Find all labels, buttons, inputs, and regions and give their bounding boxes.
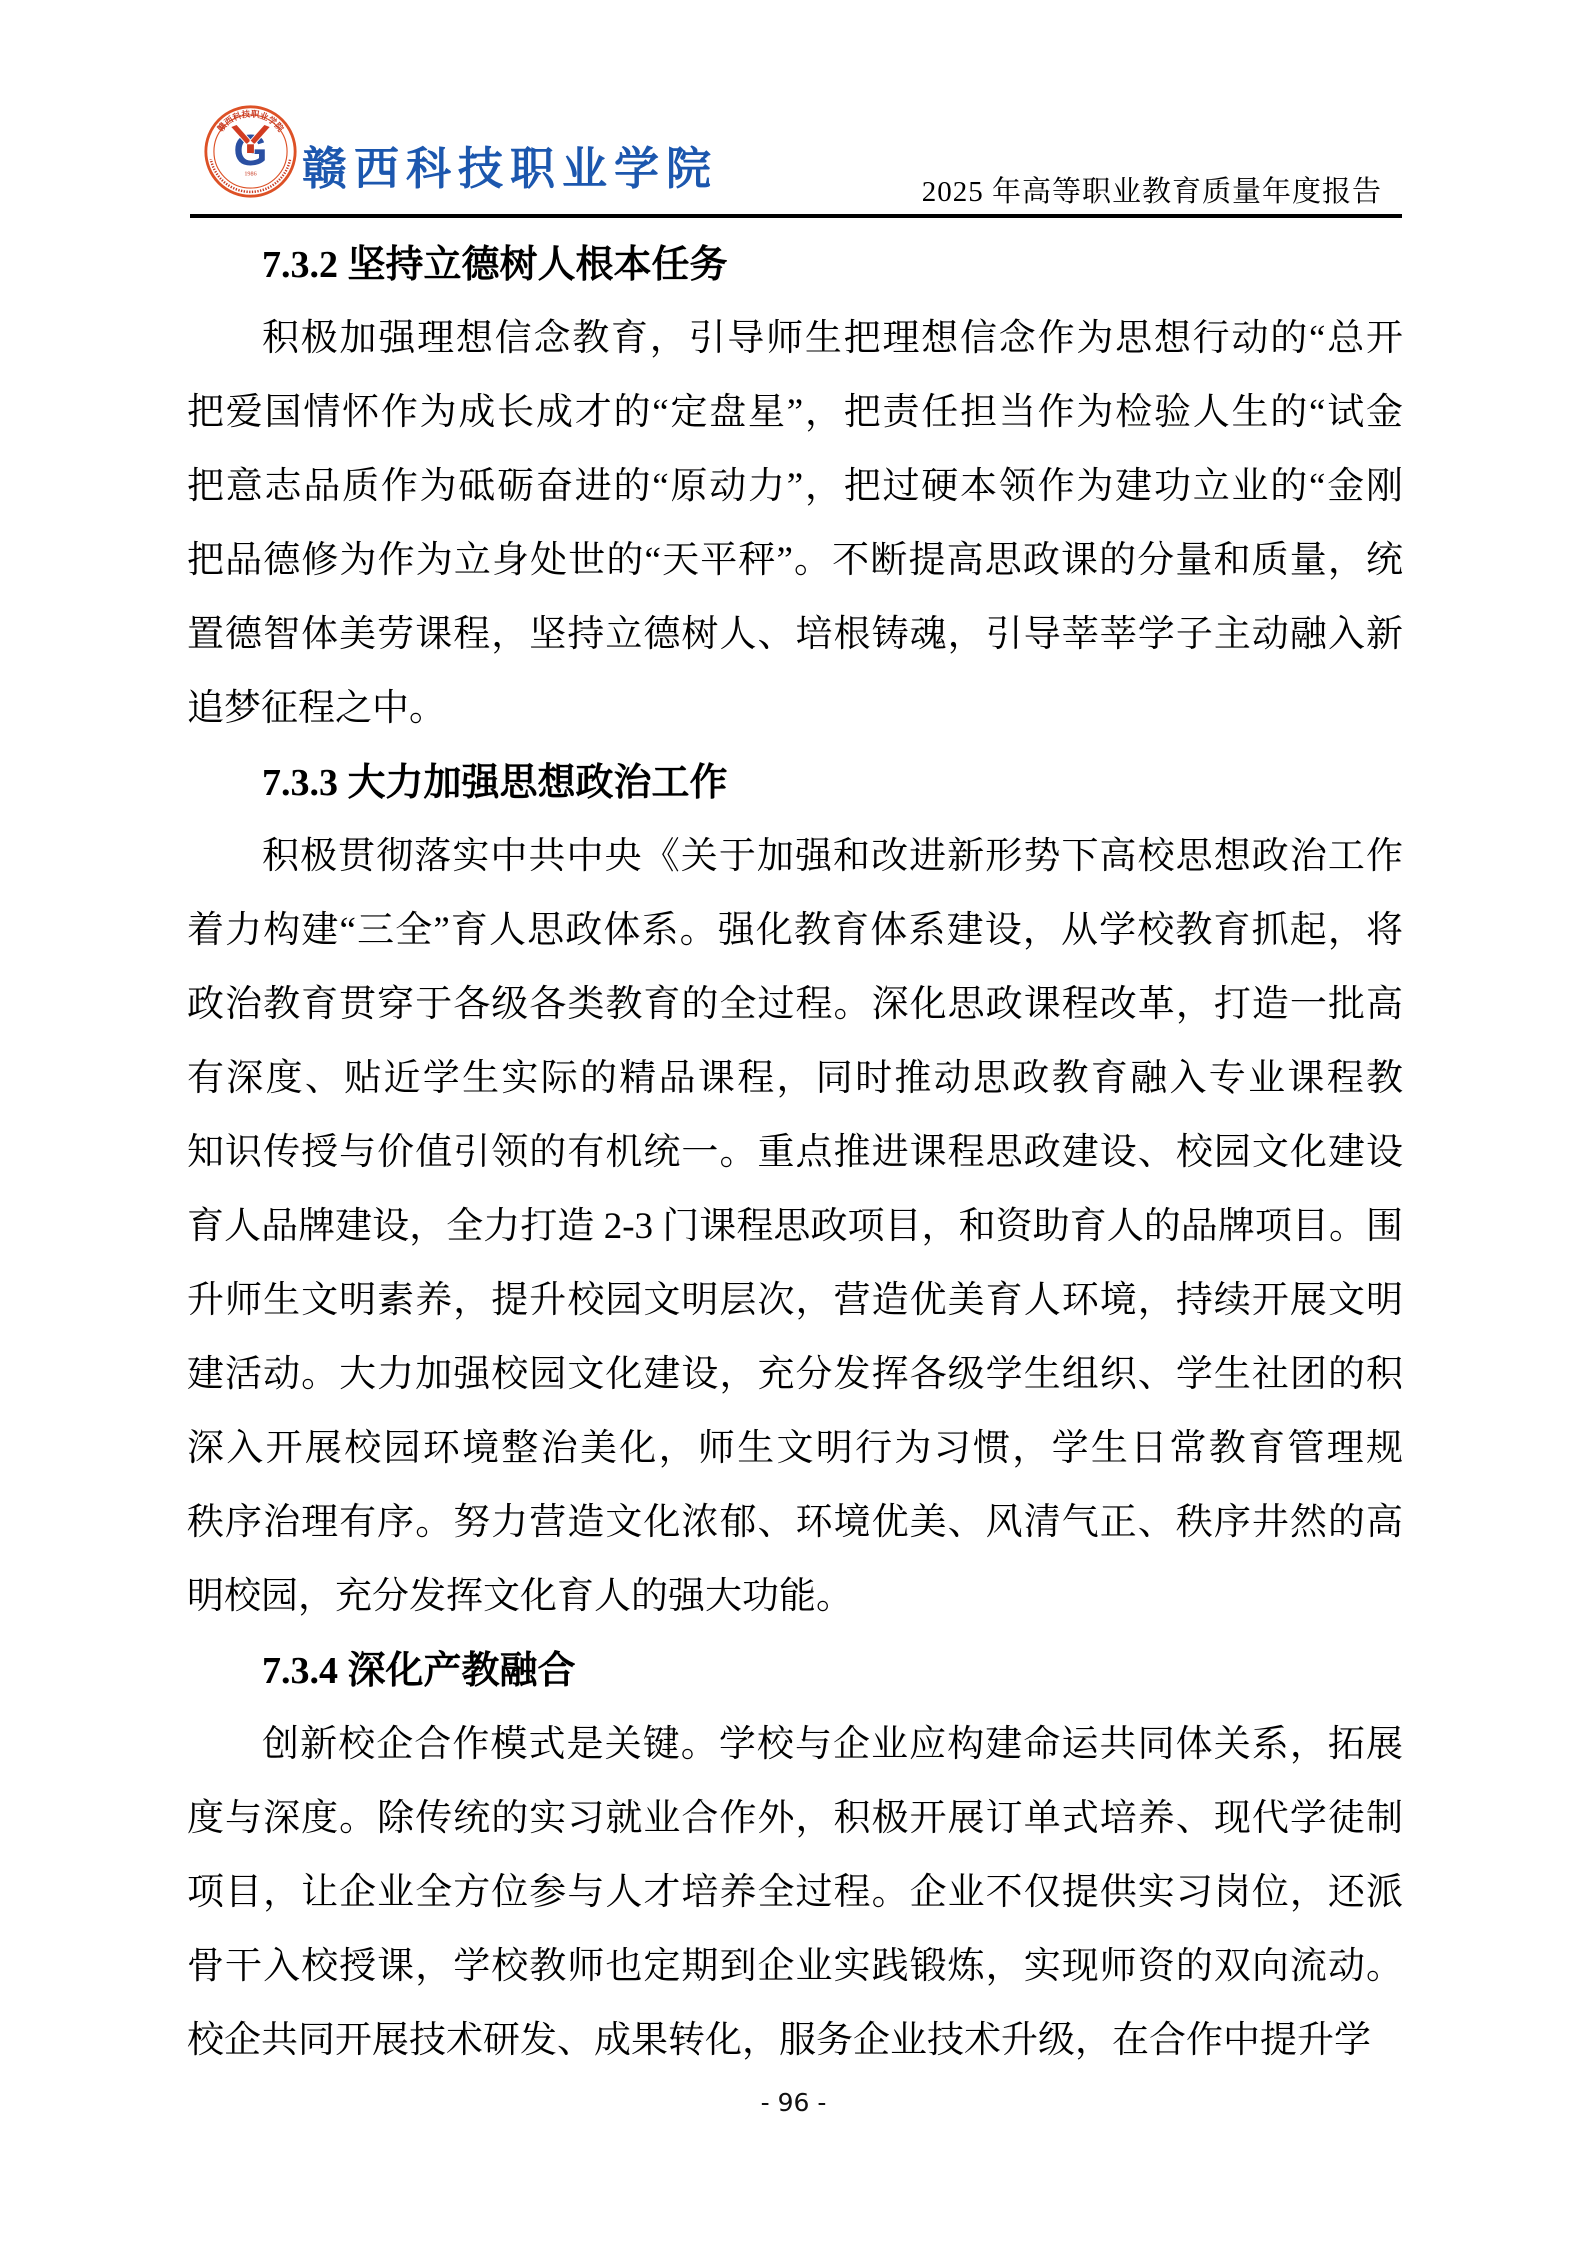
body-line: 深入开展校园环境整治美化，师生文明行为习惯，学生日常教育管理规范，校园 — [187, 1412, 1403, 1486]
body-line: 明校园，充分发挥文化育人的强大功能。 — [187, 1560, 1403, 1634]
body-line: 升师生文明素养，提升校园文明层次，营造优美育人环境，持续开展文明校园创 — [187, 1264, 1403, 1338]
section-heading: 7.3.2 坚持立德树人根本任务 — [187, 228, 1403, 302]
body-line: 骨干入校授课，学校教师也定期到企业实践锻炼，实现师资的双向流动。同时， — [187, 1930, 1403, 2004]
body-line: 把品德修为作为立身处世的“天平秤”。不断提高思政课的分量和质量，统筹设 — [187, 524, 1403, 598]
college-seal-logo: 赣西科技职业学院 G 1986 — [203, 104, 298, 199]
seal-pendant — [247, 144, 255, 154]
body-line: 知识传授与价值引领的有机统一。重点推进课程思政建设、校园文化建设和资助 — [187, 1116, 1403, 1190]
body-line: 政治教育贯穿于各级各类教育的全过程。深化思政课程改革，打造一批高质量、 — [187, 968, 1403, 1042]
body-line: 把意志品质作为砥砺奋进的“原动力”，把过硬本领作为建功立业的“金刚钻”， — [187, 450, 1403, 524]
document-page: 赣西科技职业学院 G 1986 赣西科技职业学院 2025 年高等职业教育质量年… — [0, 0, 1587, 2245]
body-line: 有深度、贴近学生实际的精品课程，同时推动思政教育融入专业课程教学，实现 — [187, 1042, 1403, 1116]
body-line: 项目，让企业全方位参与人才培养全过程。企业不仅提供实习岗位，还派遣技术 — [187, 1856, 1403, 1930]
seal-founded-year: 1986 — [244, 172, 256, 178]
page-number: - 96 - — [761, 2088, 827, 2117]
body-line: 积极贯彻落实中共中央《关于加强和改进新形势下高校思想政治工作的意见》， — [187, 820, 1403, 894]
section-heading: 7.3.4 深化产教融合 — [187, 1634, 1403, 1708]
body-line: 度与深度。除传统的实习就业合作外，积极开展订单式培养、现代学徒制试点等 — [187, 1782, 1403, 1856]
body-line: 建活动。大力加强校园文化建设，充分发挥各级学生组织、学生社团的积极作用。 — [187, 1338, 1403, 1412]
report-title: 2025 年高等职业教育质量年度报告 — [922, 169, 1382, 210]
body-line: 秩序治理有序。努力营造文化浓郁、环境优美、风清气正、秩序井然的高品位文 — [187, 1486, 1403, 1560]
body-line: 把爱国情怀作为成长成才的“定盘星”，把责任担当作为检验人生的“试金石”， — [187, 376, 1403, 450]
body-line: 育人品牌建设，全力打造 2-3 门课程思政项目，和资助育人的品牌项目。围绕提 — [187, 1190, 1403, 1264]
body-line: 校企共同开展技术研发、成果转化，服务企业技术升级，在合作中提升学校的社 — [187, 2004, 1403, 2078]
section-heading: 7.3.3 大力加强思想政治工作 — [187, 746, 1403, 820]
header-divider — [190, 214, 1402, 218]
college-name: 赣西科技职业学院 — [302, 132, 718, 197]
body-line: 积极加强理想信念教育，引导师生把理想信念作为思想行动的“总开关”， — [187, 302, 1403, 376]
page-footer: - 96 - — [0, 2088, 1587, 2117]
body-line: 创新校企合作模式是关键。学校与企业应构建命运共同体关系，拓展合作广 — [187, 1708, 1403, 1782]
body-line: 置德智体美劳课程，坚持立德树人、培根铸魂，引导莘莘学子主动融入新时代的 — [187, 598, 1403, 672]
sections: 7.3.2 坚持立德树人根本任务积极加强理想信念教育，引导师生把理想信念作为思想… — [187, 228, 1403, 2078]
body-line: 着力构建“三全”育人思政体系。强化教育体系建设，从学校教育抓起，将思想 — [187, 894, 1403, 968]
document-body: 7.3.2 坚持立德树人根本任务积极加强理想信念教育，引导师生把理想信念作为思想… — [187, 228, 1403, 2078]
body-line: 追梦征程之中。 — [187, 672, 1403, 746]
